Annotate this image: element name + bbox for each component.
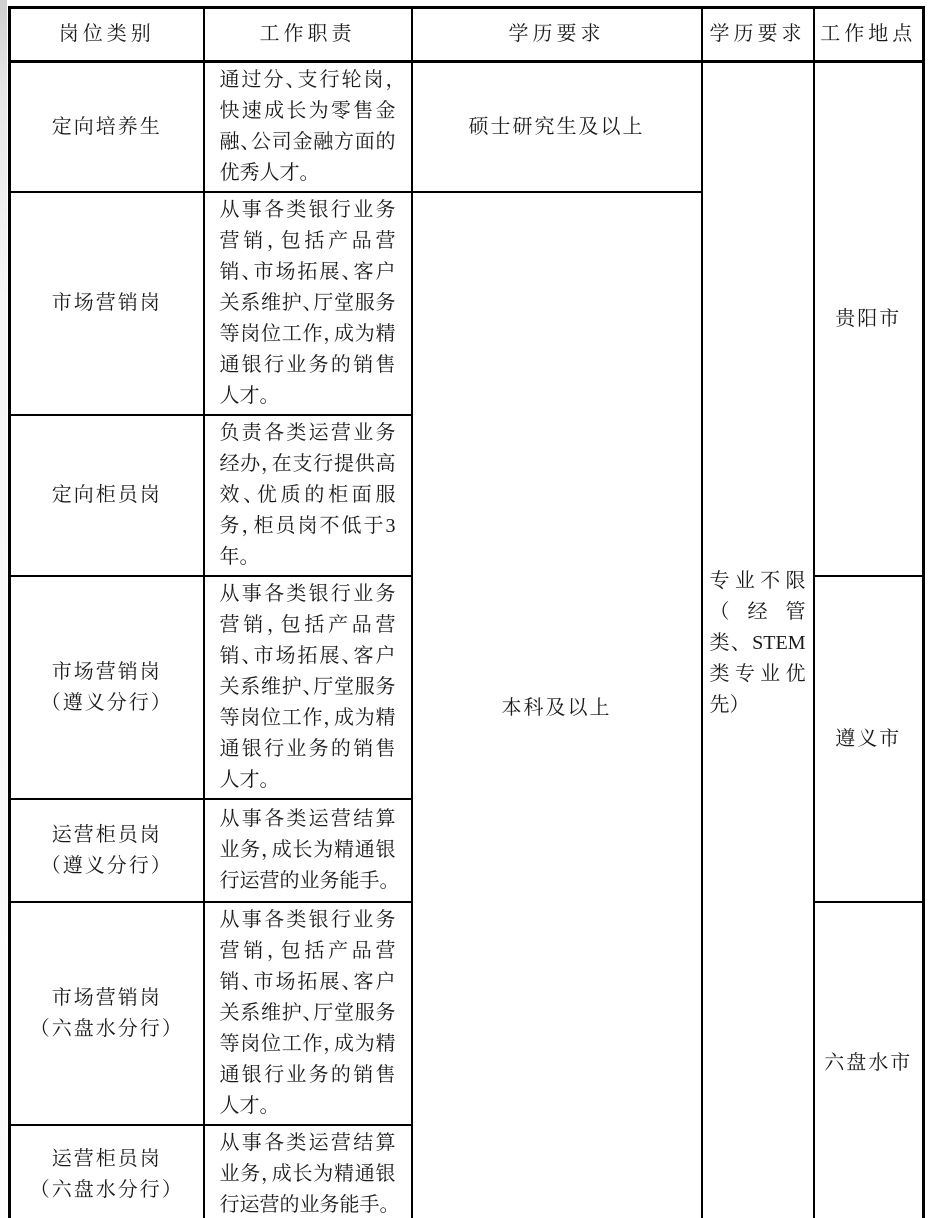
header-cell-education: 学历要求 [412, 8, 702, 62]
education-cell-masters: 硕士研究生及以上 [412, 62, 702, 193]
location-cell-guiyang: 贵阳市 [814, 62, 924, 577]
positions-table: 岗位类别 工作职责 学历要求 学历要求 工作地点 定向培养生 通过分、支行轮岗，… [8, 6, 925, 1218]
duty-cell: 通过分、支行轮岗，快速成长为零售金融、公司金融方面的优秀人才。 [204, 62, 412, 193]
scan-edge-shading [0, 0, 7, 1218]
duty-cell: 从事各类运营结算业务，成长为精通银行运营的业务能手。 [204, 799, 412, 902]
duty-cell: 从事各类银行业务营销，包括产品营销、市场拓展、客户关系维护、厅堂服务等岗位工作，… [204, 902, 412, 1125]
duty-cell: 从事各类银行业务营销，包括产品营销、市场拓展、客户关系维护、厅堂服务等岗位工作，… [204, 192, 412, 415]
location-cell-zunyi: 遵义市 [814, 576, 924, 902]
table-row: 定向培养生 通过分、支行轮岗，快速成长为零售金融、公司金融方面的优秀人才。 硕士… [10, 62, 924, 193]
header-cell-category: 岗位类别 [10, 8, 204, 62]
education-cell-bachelor: 本科及以上 [412, 192, 702, 1218]
duty-cell: 从事各类银行业务营销，包括产品营销、市场拓展、客户关系维护、厅堂服务等岗位工作，… [204, 576, 412, 799]
category-cell: 市场营销岗 （遵义分行） [10, 576, 204, 799]
header-cell-duty: 工作职责 [204, 8, 412, 62]
duty-cell: 负责各类运营业务经办，在支行提供高效、优质的柜面服务，柜员岗不低于3年。 [204, 415, 412, 576]
location-cell-liupanshui: 六盘水市 [814, 902, 924, 1218]
header-cell-education-2: 学历要求 [702, 8, 814, 62]
category-cell: 定向柜员岗 [10, 415, 204, 576]
category-cell: 定向培养生 [10, 62, 204, 193]
category-cell: 运营柜员岗 （遵义分行） [10, 799, 204, 902]
table-header-row: 岗位类别 工作职责 学历要求 学历要求 工作地点 [10, 8, 924, 62]
duty-cell: 从事各类运营结算业务，成长为精通银行运营的业务能手。 [204, 1125, 412, 1218]
major-requirement-cell: 专业不限（经管类、STEM类专业优先） [702, 62, 814, 1218]
header-cell-location: 工作地点 [814, 8, 924, 62]
category-cell: 市场营销岗 [10, 192, 204, 415]
category-cell: 运营柜员岗 （六盘水分行） [10, 1125, 204, 1218]
category-cell: 市场营销岗 （六盘水分行） [10, 902, 204, 1125]
